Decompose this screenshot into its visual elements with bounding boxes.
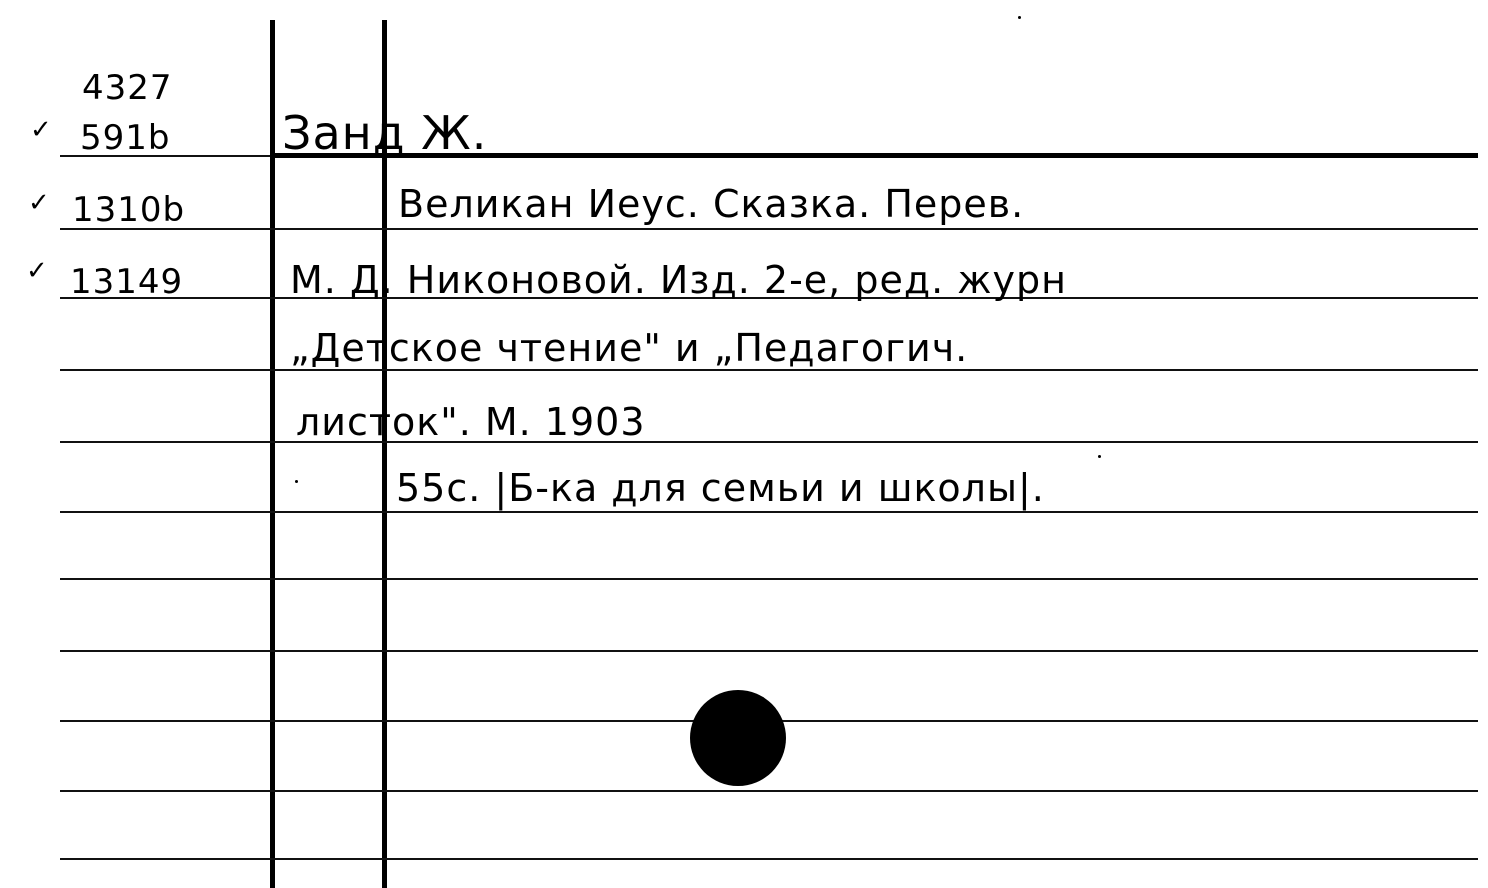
rule [60,578,1478,580]
check-mark-icon: ✓ [28,188,50,218]
call-number: 591b [80,118,170,158]
rule [60,790,1478,792]
title-line: Великан Иеус. Сказка. Перев. [398,182,1024,226]
publisher-line: „Детское чтение" и „Педагогич. [290,326,968,370]
call-number: 1310b [72,190,185,230]
rule [60,650,1478,652]
punch-hole [690,690,786,786]
call-number: 4327 [82,68,173,108]
rule [60,511,1478,513]
check-mark-icon: ✓ [26,256,48,286]
left-margin-line [270,20,275,888]
speck [295,480,298,483]
call-number: 13149 [70,262,183,302]
catalog-card: 4327 ✓ 591b ✓ 1310b ✓ 13149 Занд Ж. Вели… [0,0,1488,888]
imprint-line: листок". М. 1903 [296,400,646,444]
check-mark-icon: ✓ [30,115,52,145]
speck [1018,16,1021,19]
rule [60,441,1478,443]
series-line: 55с. |Б-ка для семьи и школы|. [396,466,1045,510]
rule [60,228,1478,230]
speck [1098,455,1101,458]
rule [60,858,1478,860]
author-heading: Занд Ж. [282,106,487,160]
translator-line: М. Д. Никоновой. Изд. 2-е, ред. журн [290,258,1067,302]
